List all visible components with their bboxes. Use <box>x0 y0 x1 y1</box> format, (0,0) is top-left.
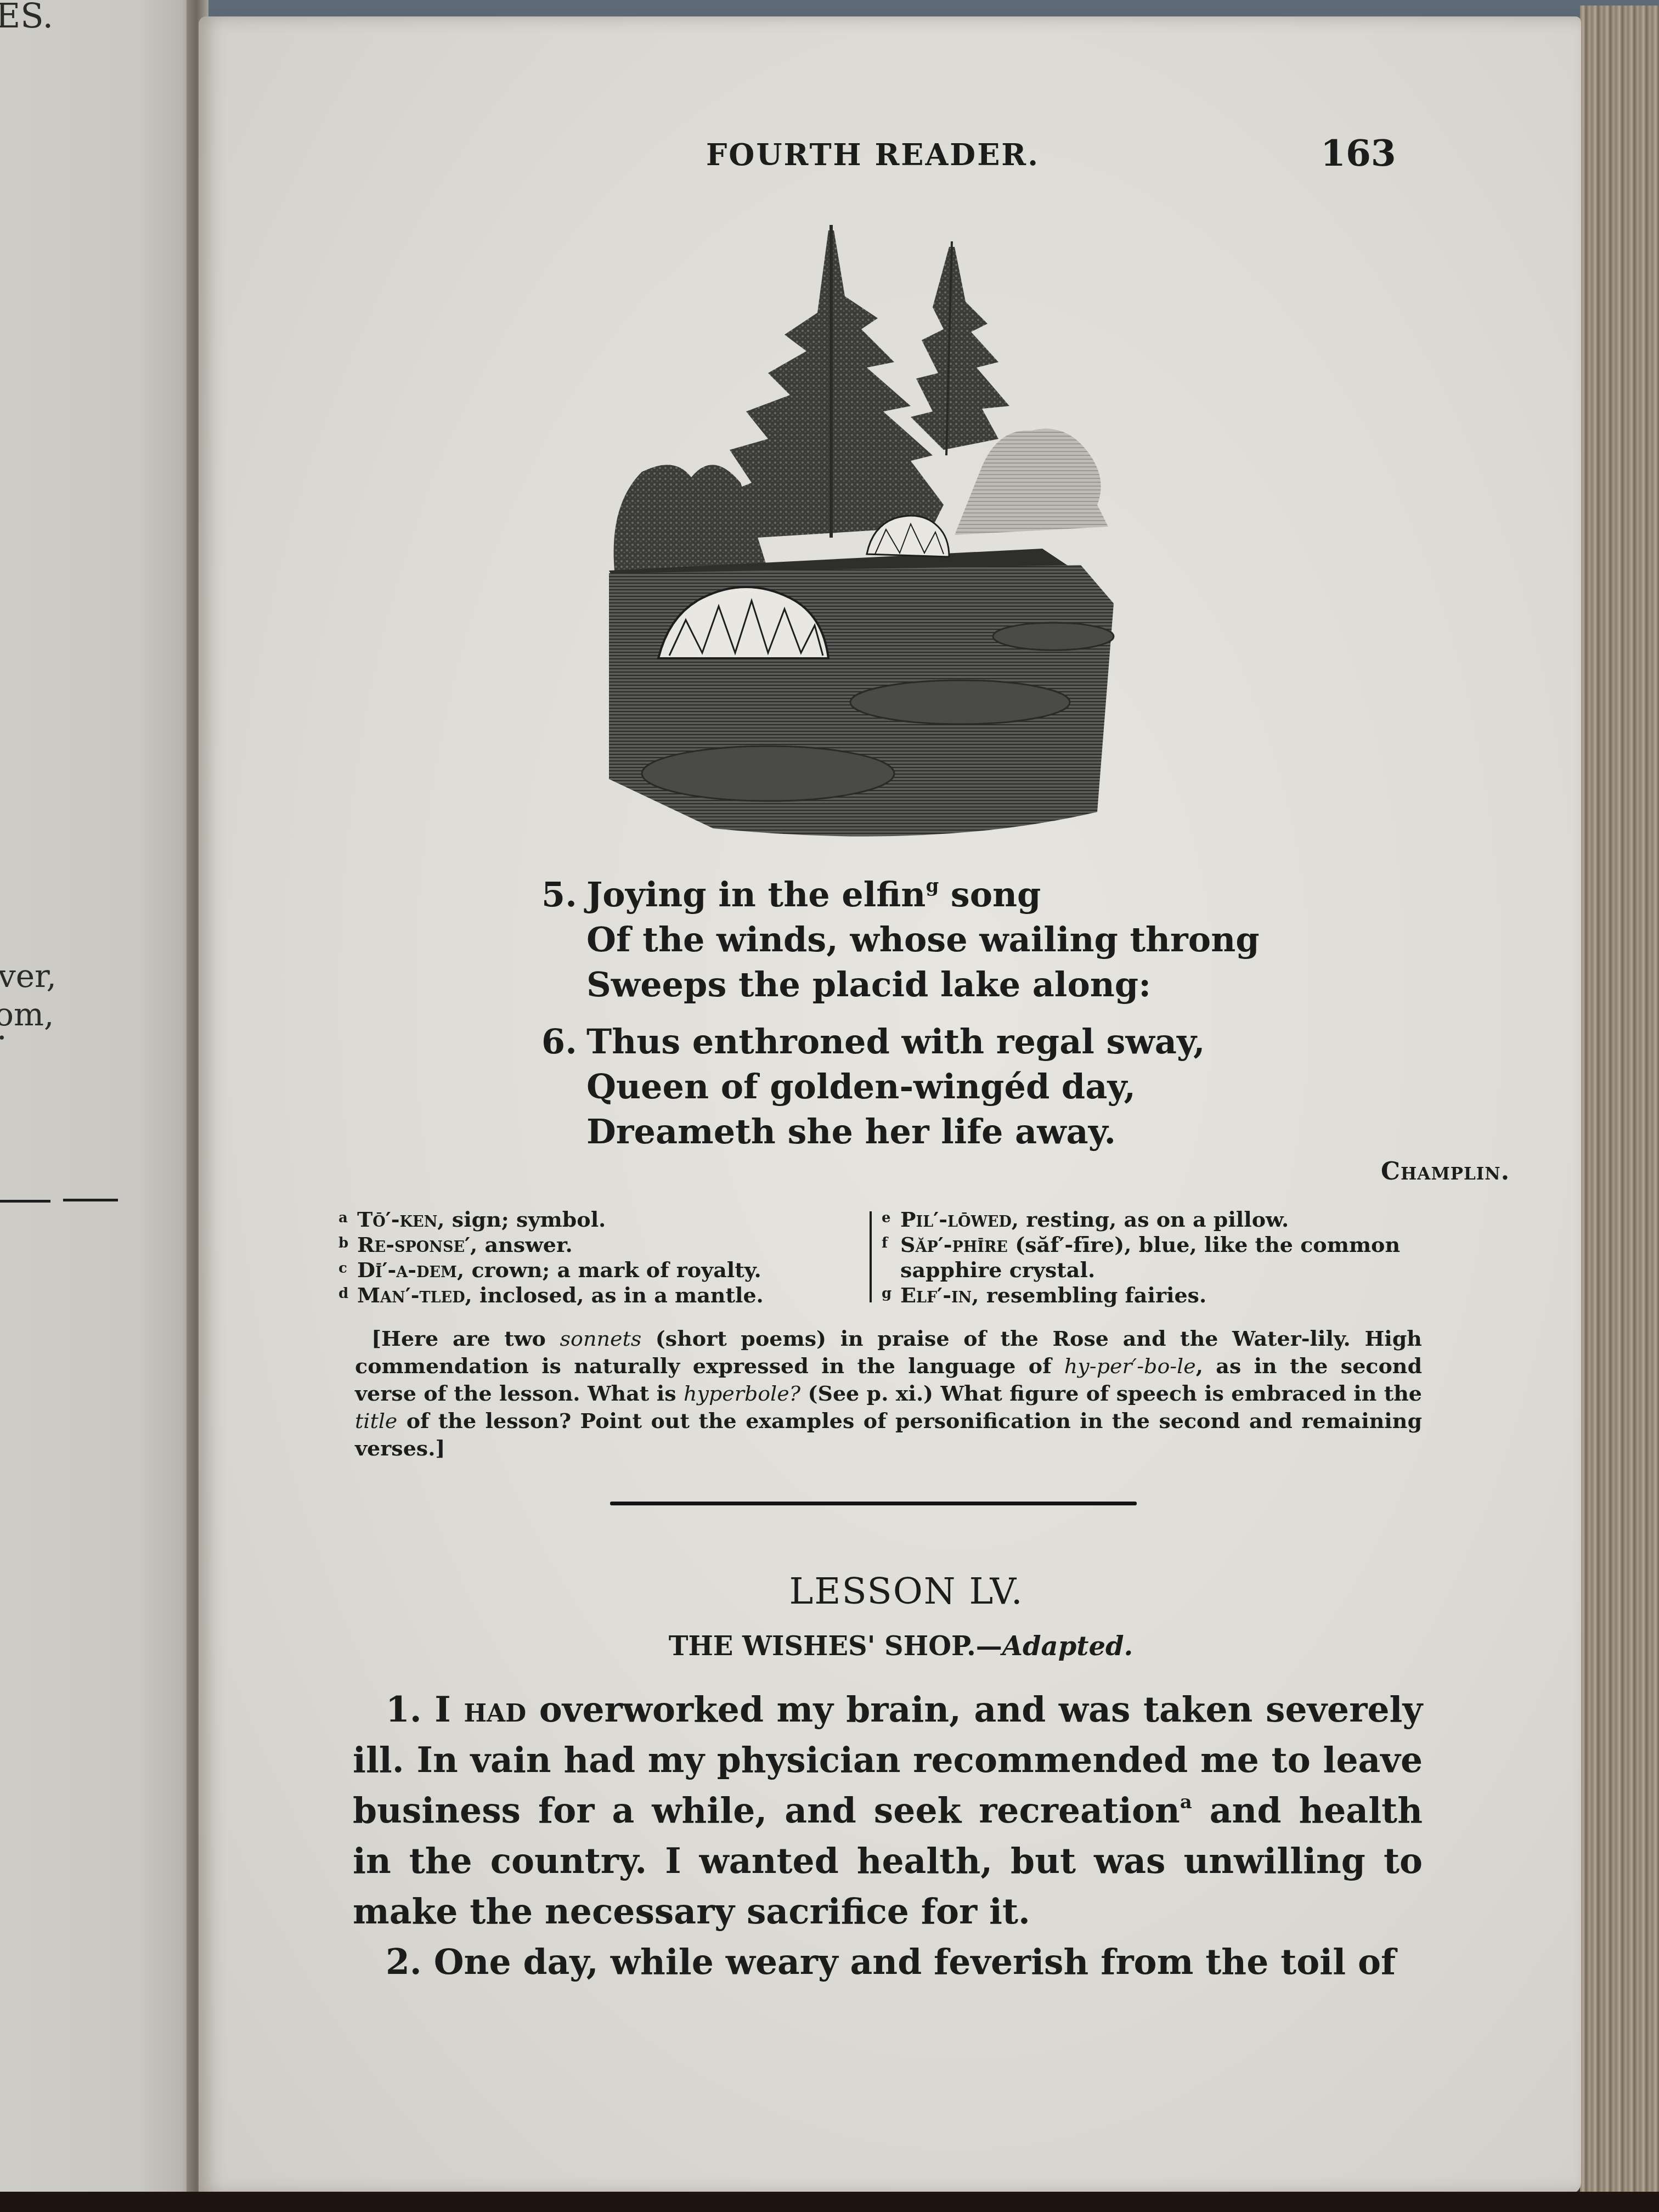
stanza-5: 5.Joying in the elfing song Of the winds… <box>541 872 1584 1007</box>
glossary-item: a Tō′-ken, sign; symbol. <box>338 1207 860 1232</box>
running-head: FOURTH READER. <box>706 137 1040 172</box>
editor-note: [Here are two sonnets (short poems) in p… <box>355 1325 1422 1462</box>
glossary-term: Tō′-ken <box>357 1207 437 1232</box>
left-page-fragment: om, <box>0 996 54 1033</box>
page-header: FOURTH READER. 163 <box>199 132 1581 176</box>
glossary-term: Pil′-lōwed <box>900 1207 1012 1232</box>
glossary-definition: , resting, as on a pillow. <box>1012 1207 1289 1232</box>
poem-line: Queen of golden-wingéd day, <box>541 1064 1584 1109</box>
glossary-column-left: a Tō′-ken, sign; symbol. b Re-sponse′, a… <box>338 1207 870 1308</box>
glossary-term: Elf′-in <box>900 1283 972 1307</box>
glossary-item: c Dī′-a-dem, crown; a mark of royalty. <box>338 1257 860 1283</box>
poem-line: 5.Joying in the elfing song <box>541 872 1584 917</box>
page-number: 163 <box>1321 132 1396 174</box>
water-lily-engraving-icon <box>603 219 1130 861</box>
glossary-definition: , sign; symbol. <box>437 1207 606 1232</box>
footnote-marker: a <box>1180 1791 1192 1813</box>
paragraph-number: 2. <box>386 1942 422 1982</box>
left-page-rule <box>0 1200 50 1203</box>
stanza-number: 5. <box>541 872 586 917</box>
glossary-definition: , resembling fairies. <box>972 1283 1206 1307</box>
glossary-term: Man′-tled <box>357 1283 465 1307</box>
footnote-marker: g <box>926 875 939 897</box>
paragraph-2: 2. One day, while weary and feverish fro… <box>353 1937 1423 1987</box>
stanza-number: 6. <box>541 1019 586 1064</box>
glossary-item: g Elf′-in, resembling fairies. <box>882 1283 1430 1308</box>
poem-line: Of the winds, whose wailing throng <box>541 917 1584 962</box>
section-divider <box>610 1502 1137 1505</box>
glossary-definition: , inclosed, as in a mantle. <box>465 1283 764 1307</box>
stanza-6: 6.Thus enthroned with regal sway, Queen … <box>541 1019 1584 1154</box>
book-page: FOURTH READER. 163 <box>199 16 1581 2194</box>
left-page-fragment: ver, <box>0 957 57 995</box>
glossary-definition: , crown; a mark of royalty. <box>457 1257 761 1282</box>
lesson-body: 1. I had overworked my brain, and was ta… <box>353 1684 1423 1987</box>
glossary-footnotes: a Tō′-ken, sign; symbol. b Re-sponse′, a… <box>338 1207 1430 1308</box>
left-page-fragment: . <box>0 1009 7 1047</box>
book-photo: ES. ver, om, . FOURTH READER. 163 <box>0 0 1659 2212</box>
lesson-number: LESSON LV. <box>199 1570 1581 1612</box>
glossary-divider <box>870 1211 872 1302</box>
glossary-term: Re-sponse′ <box>357 1232 470 1257</box>
poem-line: 6.Thus enthroned with regal sway, <box>541 1019 1584 1064</box>
lesson-title: THE WISHES' SHOP.—Adapted. <box>199 1631 1581 1662</box>
left-page-fragment: ES. <box>0 0 53 36</box>
poem-line: Dreameth she her life away. <box>541 1109 1584 1154</box>
glossary-item: d Man′-tled, inclosed, as in a mantle. <box>338 1283 860 1308</box>
glossary-column-right: e Pil′-lōwed, resting, as on a pillow. f… <box>882 1207 1430 1308</box>
glossary-item: b Re-sponse′, answer. <box>338 1232 860 1257</box>
paragraph-number: 1. <box>386 1689 422 1730</box>
left-page-rule <box>63 1199 118 1201</box>
previous-page: ES. ver, om, . <box>0 0 198 2212</box>
poem-author: Champlin. <box>1381 1158 1510 1186</box>
glossary-term: Dī′-a-dem <box>357 1257 457 1282</box>
glossary-definition: , answer. <box>470 1232 573 1257</box>
glossary-item: e Pil′-lōwed, resting, as on a pillow. <box>882 1207 1430 1232</box>
paragraph-1: 1. I had overworked my brain, and was ta… <box>353 1684 1423 1937</box>
poem-line: Sweeps the placid lake along: <box>541 962 1584 1007</box>
glossary-item: f Săp′-phīre (săf′-fīre), blue, like the… <box>882 1232 1430 1283</box>
page-edges <box>1580 5 1659 2194</box>
poem: 5.Joying in the elfing song Of the winds… <box>541 872 1584 1166</box>
table-surface <box>0 2192 1659 2212</box>
glossary-term: Săp′-phīre <box>900 1232 1008 1257</box>
